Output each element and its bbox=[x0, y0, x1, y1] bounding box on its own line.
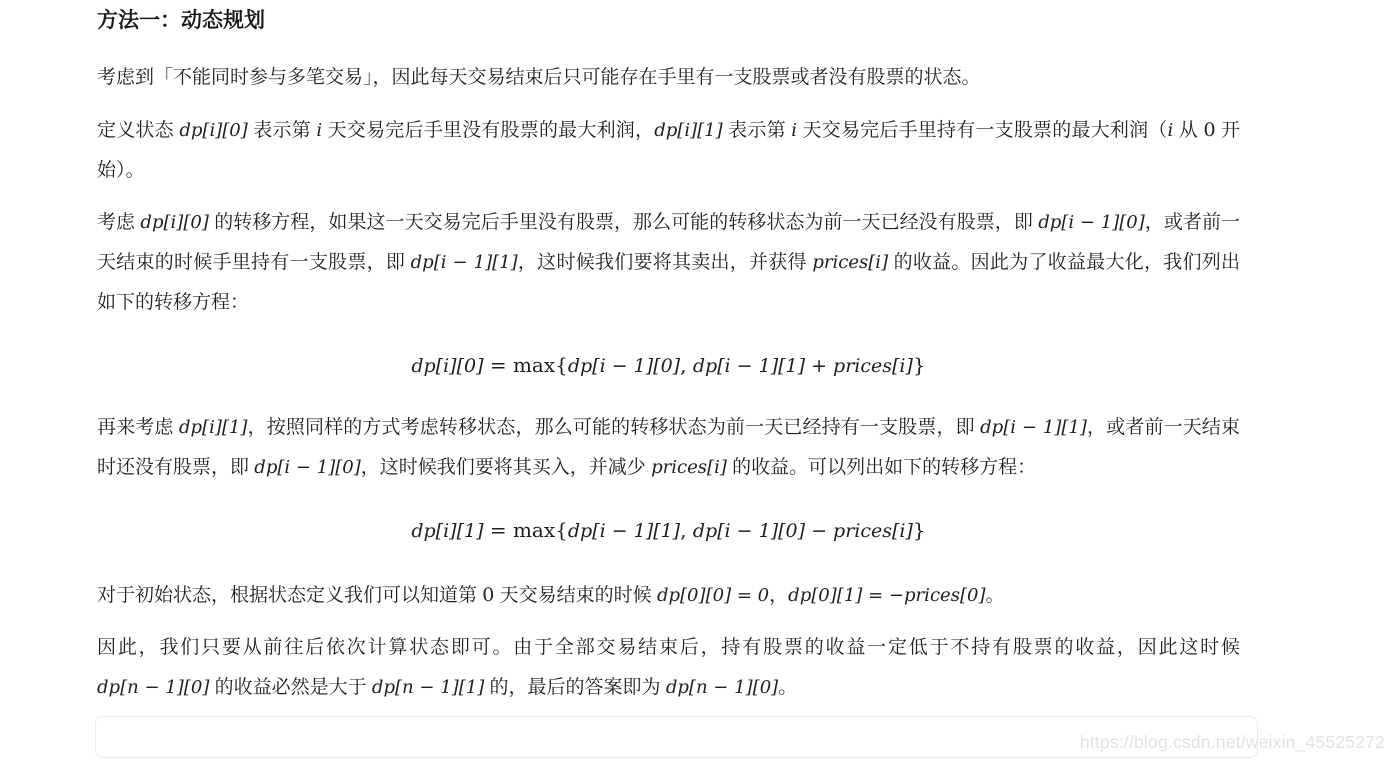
text-run: 再来考虑 bbox=[97, 417, 179, 438]
math-run: dp[0][1] = −prices[0] bbox=[788, 585, 985, 606]
math-run: dp[i − 1][1] + prices[i] bbox=[693, 355, 913, 377]
text-run: 的转移方程，如果这一天交易完后手里没有股票，那么可能的转移状态为前一天已经没有股… bbox=[209, 212, 1038, 233]
math-run: dp[i − 1][0] bbox=[1038, 212, 1145, 233]
text-run: 从 bbox=[1173, 120, 1203, 141]
math-run: dp[i − 1][1] bbox=[411, 252, 518, 273]
text-run: 。 bbox=[986, 585, 1005, 606]
math-run: = max{ bbox=[483, 353, 567, 377]
math-run: dp[i − 1][0] bbox=[254, 457, 361, 478]
math-run: dp[n − 1][1] bbox=[372, 677, 484, 698]
text-run: 定义状态 bbox=[97, 120, 179, 141]
paragraph-dp1-transition: 再来考虑 dp[i][1]，按照同样的方式考虑转移状态，那么可能的转移状态为前一… bbox=[97, 408, 1240, 488]
section-title: 方法一：动态规划 bbox=[97, 8, 1240, 34]
paragraph-dp0-transition: 考虑 dp[i][0] 的转移方程，如果这一天交易完后手里没有股票，那么可能的转… bbox=[97, 203, 1240, 323]
math-run: dp[i][1] bbox=[654, 120, 722, 141]
math-run: dp[i − 1][1] bbox=[980, 417, 1087, 438]
math-run: dp[0][0] = 0 bbox=[657, 585, 769, 606]
math-run: prices[i] bbox=[651, 457, 727, 478]
text-run: 考虑到「不能同时参与多笔交易」，因此每天交易结束后只可能存在手里有一支股票或者没… bbox=[97, 67, 981, 88]
text-run: ，这时候我们要将其买入，并减少 bbox=[361, 457, 651, 478]
text-run: 考虑 bbox=[97, 212, 140, 233]
text-run: 表示第 bbox=[723, 120, 792, 141]
math-run: } bbox=[913, 353, 926, 377]
math-run: dp[i][1] bbox=[411, 520, 483, 542]
math-run: 0 bbox=[482, 584, 494, 606]
text-run: ，按照同样的方式考虑转移状态，那么可能的转移状态为前一天已经持有一支股票，即 bbox=[247, 417, 980, 438]
math-run: prices[i] bbox=[812, 252, 888, 273]
math-run: dp[i][1] bbox=[179, 417, 247, 438]
text-run: 的收益。可以列出如下的转移方程： bbox=[727, 457, 1036, 478]
text-run: 天交易完后手里持有一支股票的最大利润（ bbox=[797, 120, 1167, 141]
text-run: ，这时候我们要将其卖出，并获得 bbox=[518, 252, 813, 273]
math-run: dp[n − 1][0] bbox=[666, 677, 778, 698]
text-run: 的收益必然是大于 bbox=[209, 677, 372, 698]
text-run: 天交易完后手里没有股票的最大利润， bbox=[322, 120, 654, 141]
article-content: 方法一：动态规划 考虑到「不能同时参与多笔交易」，因此每天交易结束后只可能存在手… bbox=[97, 0, 1240, 758]
math-run: , bbox=[680, 353, 693, 377]
text-run: 的，最后的答案即为 bbox=[484, 677, 666, 698]
watermark-url: https://blog.csdn.net/weixin_45525272 bbox=[1080, 732, 1385, 753]
text-run: 天交易结束的时候 bbox=[494, 585, 657, 606]
math-run: dp[i − 1][0] − prices[i] bbox=[693, 520, 913, 542]
math-run: dp[n − 1][0] bbox=[97, 677, 209, 698]
math-run: dp[i − 1][1] bbox=[568, 520, 680, 542]
math-run: dp[i][0] bbox=[179, 120, 247, 141]
formula-dp1: dp[i][1] = max{dp[i − 1][1], dp[i − 1][0… bbox=[97, 510, 1240, 551]
paragraph-state-definition: 定义状态 dp[i][0] 表示第 i 天交易完后手里没有股票的最大利润，dp[… bbox=[97, 110, 1240, 191]
math-run: } bbox=[913, 518, 926, 542]
text-run: ， bbox=[769, 585, 788, 606]
text-run: 因此，我们只要从前往后依次计算状态即可。由于全部交易结束后，持有股票的收益一定低… bbox=[97, 637, 1240, 658]
text-run: 表示第 bbox=[248, 120, 317, 141]
math-run: dp[i − 1][0] bbox=[568, 355, 680, 377]
paragraph-conclusion: 因此，我们只要从前往后依次计算状态即可。由于全部交易结束后，持有股票的收益一定低… bbox=[97, 628, 1240, 708]
paragraph-intro: 考虑到「不能同时参与多笔交易」，因此每天交易结束后只可能存在手里有一支股票或者没… bbox=[97, 58, 1240, 98]
paragraph-initial-state: 对于初始状态，根据状态定义我们可以知道第 0 天交易结束的时候 dp[0][0]… bbox=[97, 575, 1240, 616]
text-run: 对于初始状态，根据状态定义我们可以知道第 bbox=[97, 585, 482, 606]
math-run: 0 bbox=[1203, 119, 1215, 141]
math-run: dp[i][0] bbox=[411, 355, 483, 377]
text-run: 。 bbox=[778, 677, 797, 698]
math-run: = max{ bbox=[483, 518, 567, 542]
math-run: dp[i][0] bbox=[140, 212, 208, 233]
formula-dp0: dp[i][0] = max{dp[i − 1][0], dp[i − 1][1… bbox=[97, 345, 1240, 386]
math-run: , bbox=[680, 518, 693, 542]
